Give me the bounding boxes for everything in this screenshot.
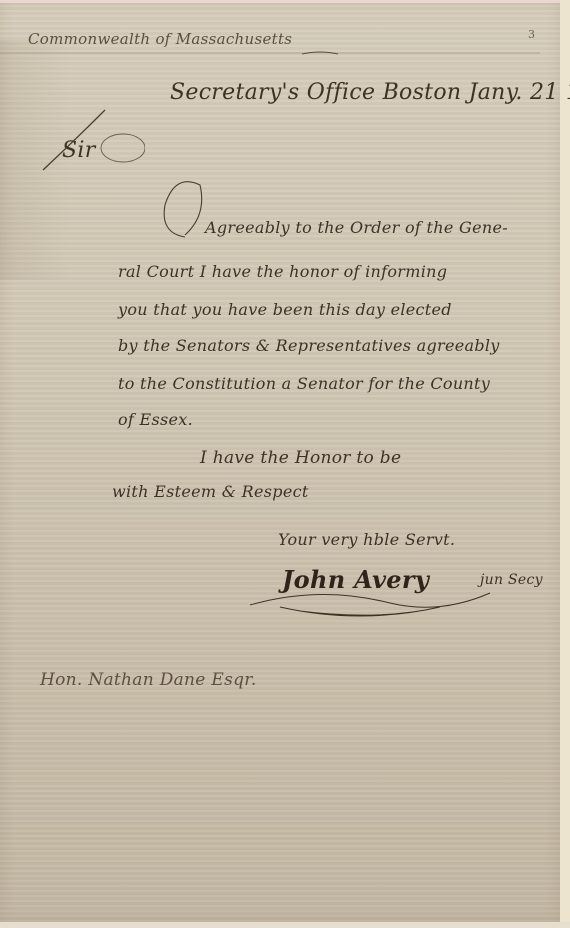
body-line-1: Agreeably to the Order of the Gene- xyxy=(205,218,508,237)
bottom-margin-strip xyxy=(0,922,570,928)
body-line-5: to the Constitution a Senator for the Co… xyxy=(118,374,490,393)
fold-crease xyxy=(0,52,540,54)
complimentary-close: Your very hble Servt. xyxy=(278,530,455,549)
body-line-6: of Essex. xyxy=(118,410,193,429)
body-line-2: ral Court I have the honor of informing xyxy=(118,262,447,281)
closing-line-2: with Esteem & Respect xyxy=(112,482,309,501)
addressee: Hon. Nathan Dane Esqr. xyxy=(40,670,257,690)
body-line-3: you that you have been this day elected xyxy=(118,300,452,319)
page-number: 3 xyxy=(528,28,535,41)
letterhead-heading: Commonwealth of Massachusetts xyxy=(28,30,292,48)
signature-paraph-flourish xyxy=(240,585,520,625)
body-line-4: by the Senators & Representatives agreea… xyxy=(118,336,500,355)
right-margin-strip xyxy=(560,0,570,928)
top-edge xyxy=(0,0,570,3)
dateline: Secretary's Office Boston Jany. 21 1790 xyxy=(170,80,570,105)
heading-underline-flourish xyxy=(300,48,340,58)
salutation-flourish xyxy=(35,100,145,180)
closing-line-1: I have the Honor to be xyxy=(200,448,401,468)
